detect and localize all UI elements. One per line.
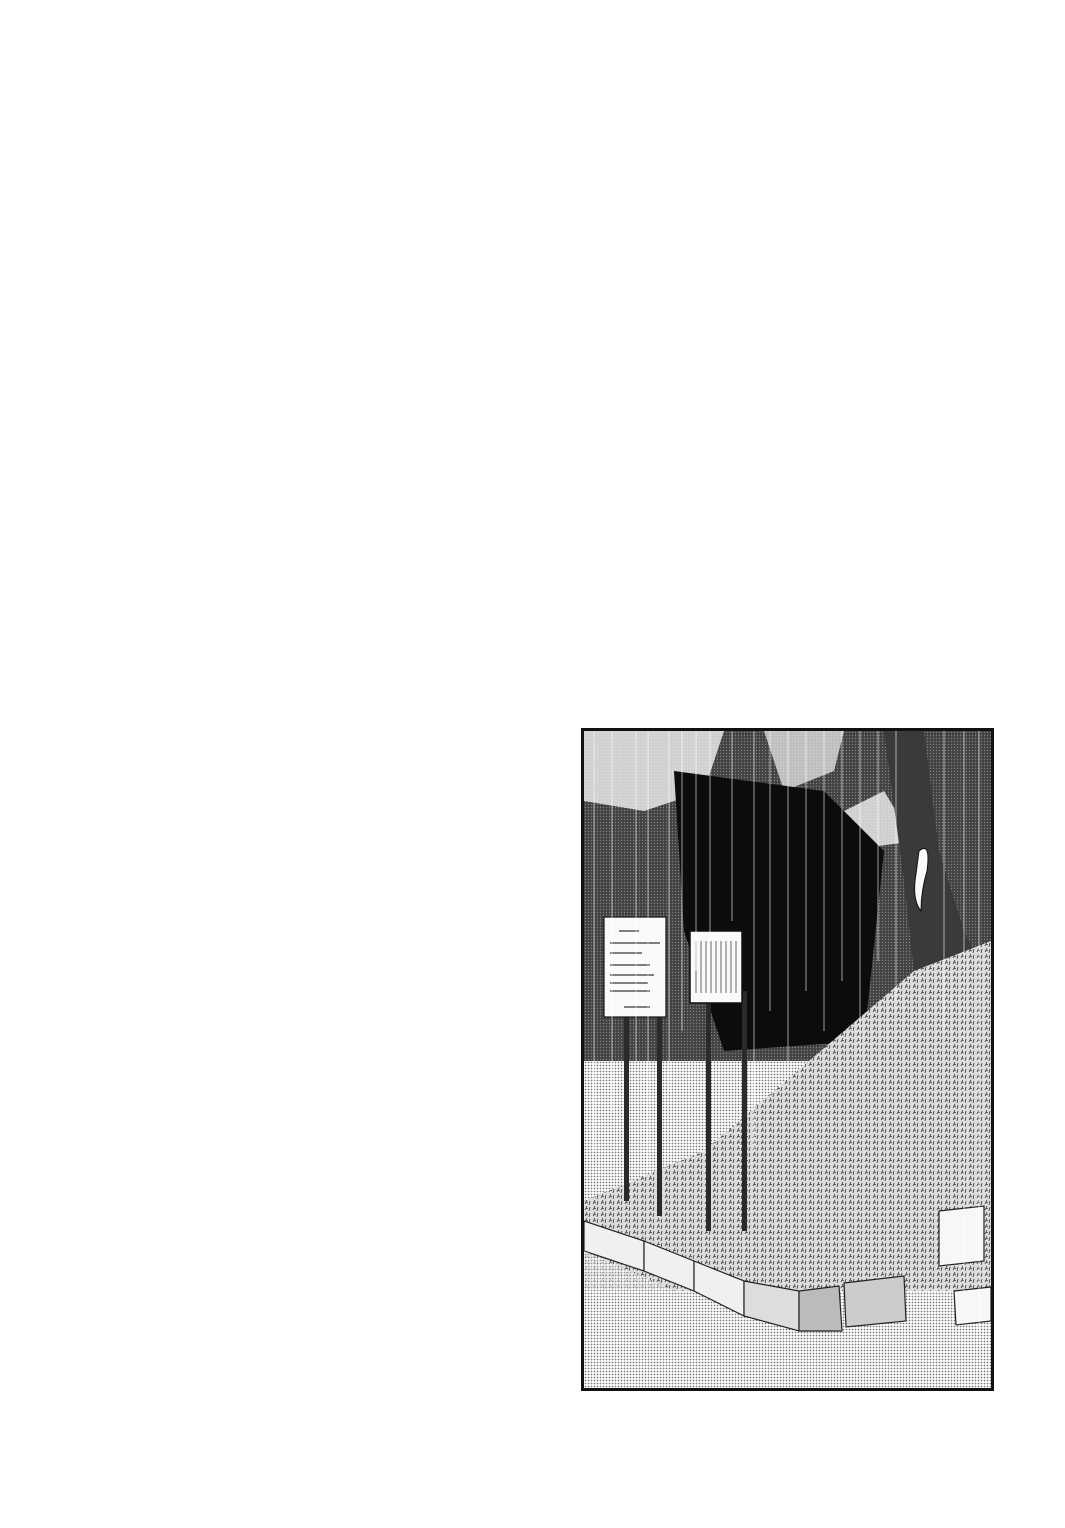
signboard-left	[604, 917, 666, 1017]
signboard-right	[690, 931, 742, 1003]
panel-illustration	[584, 731, 991, 1388]
panel-1	[581, 728, 994, 1391]
manga-page	[0, 0, 1065, 1528]
